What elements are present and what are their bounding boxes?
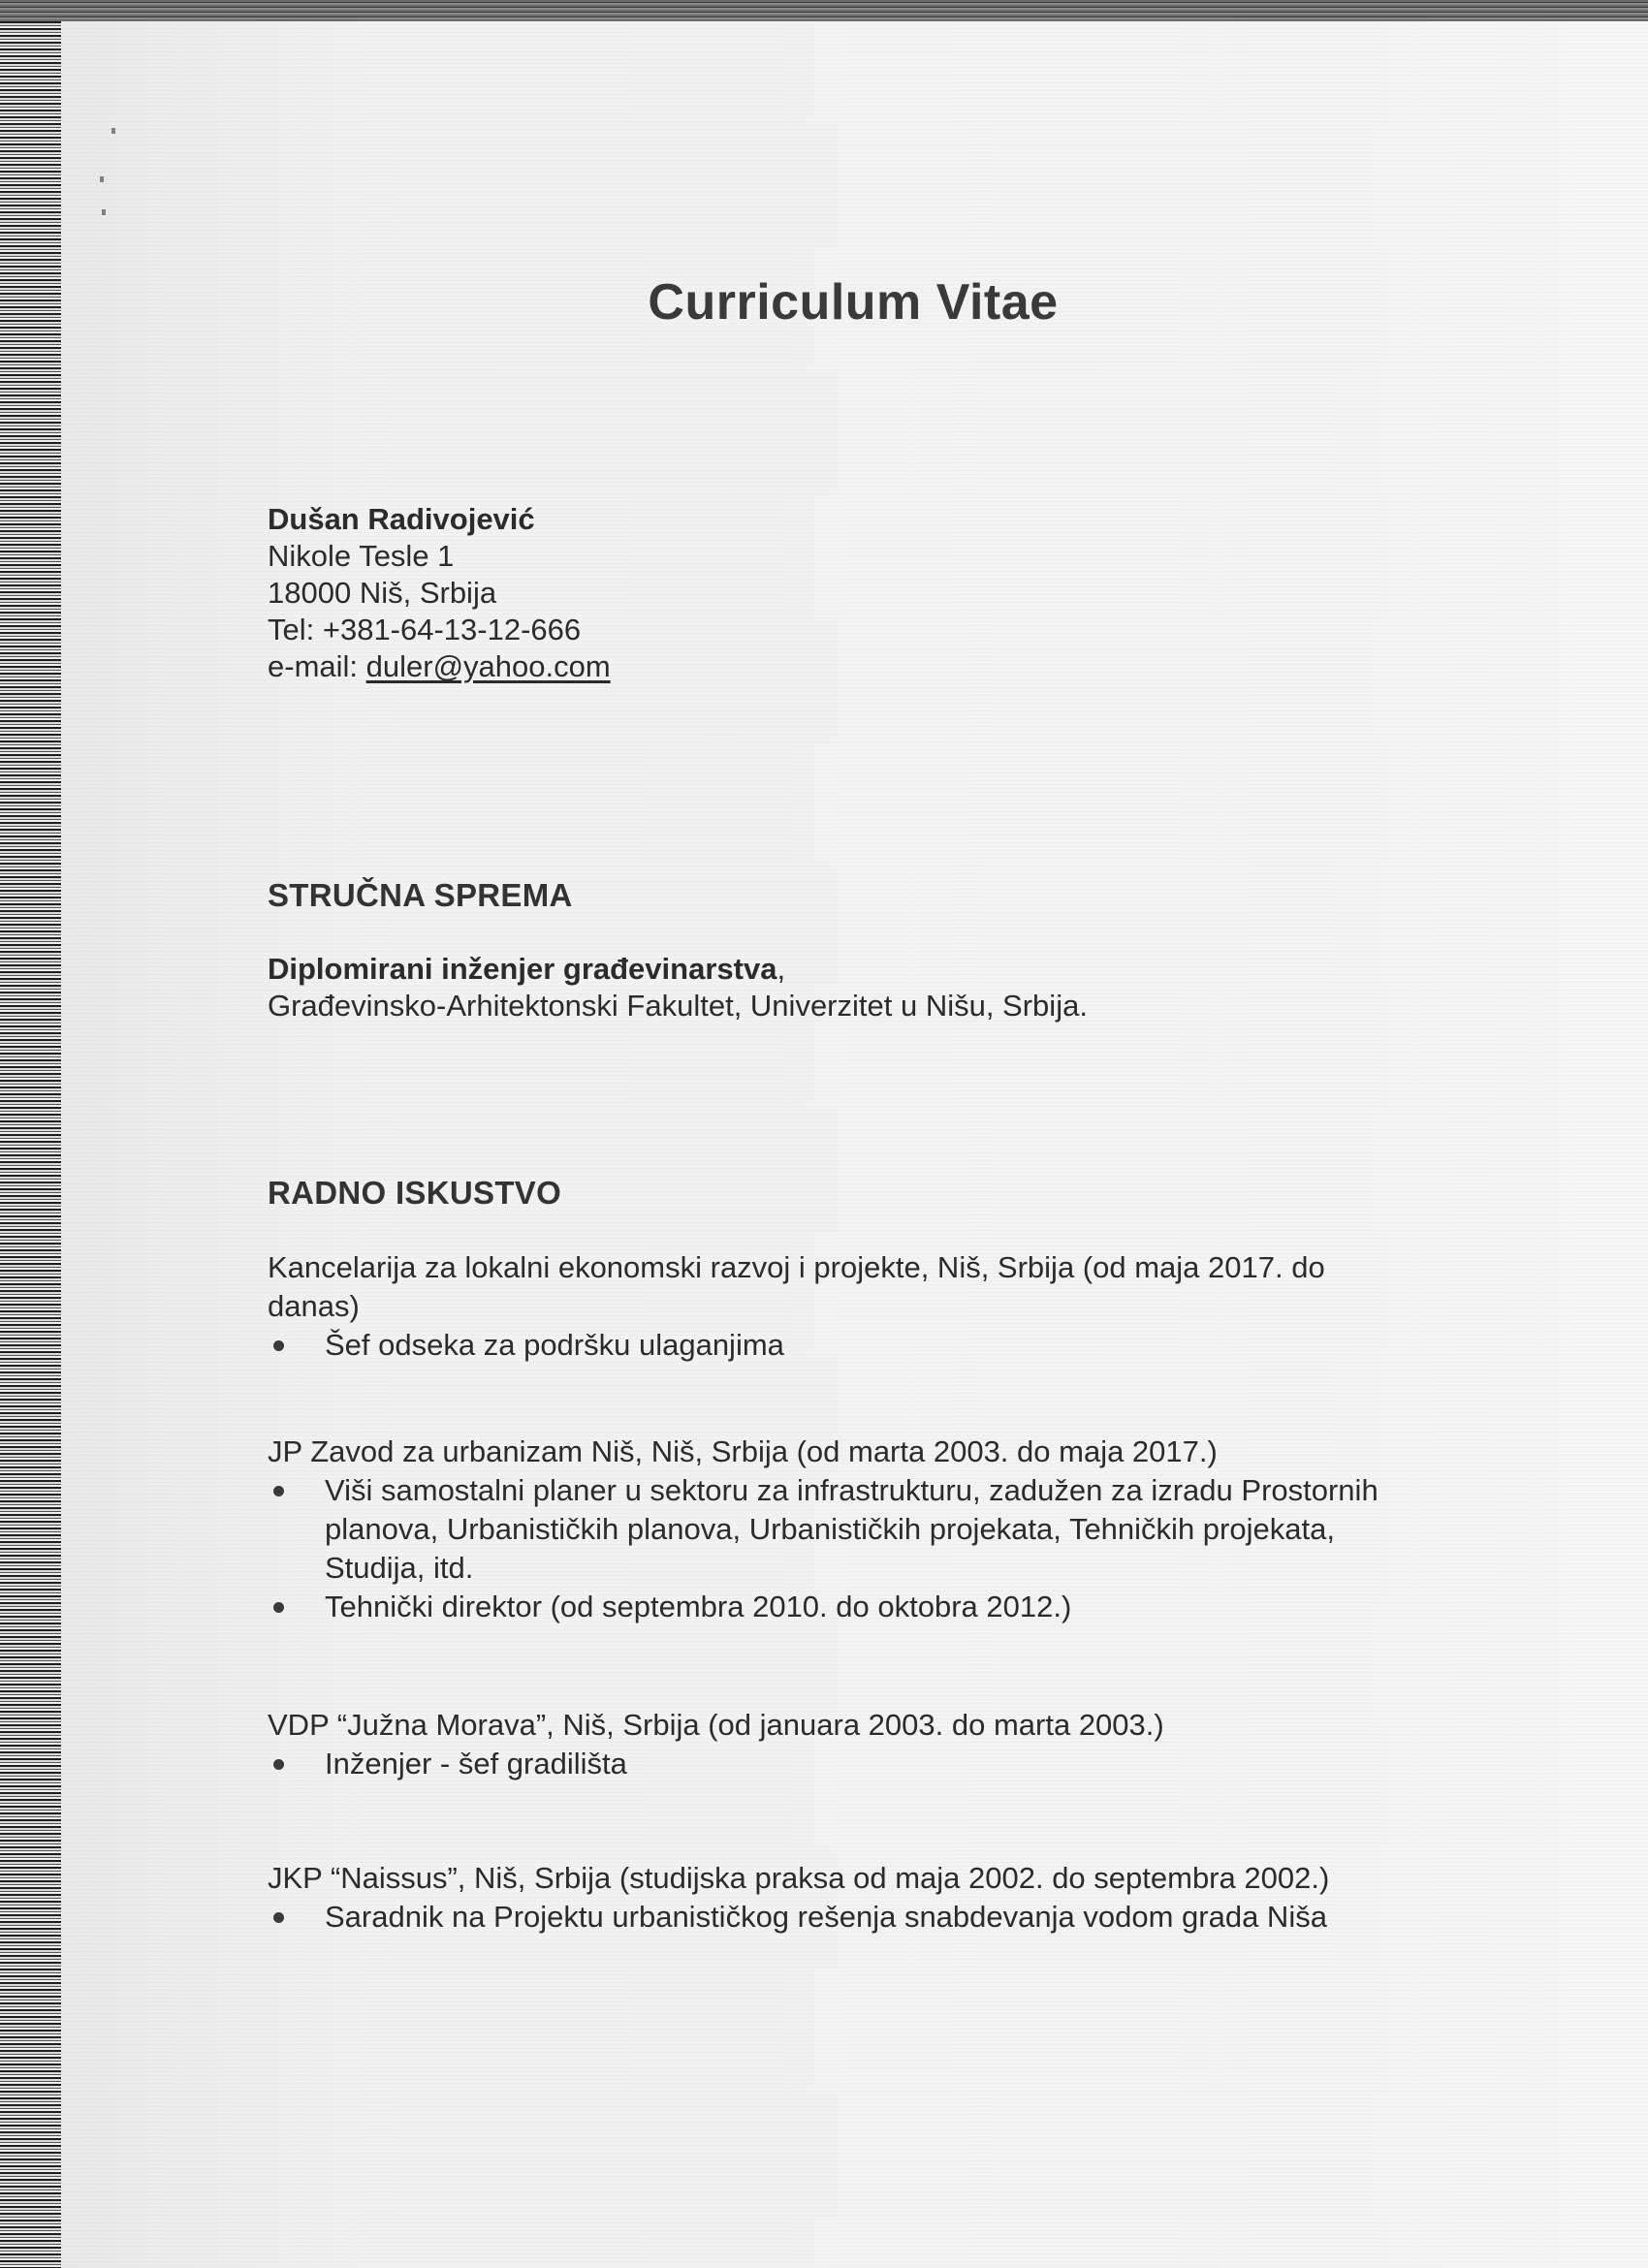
job-duty-text: Šef odseka za podršku ulaganjima: [325, 1326, 1379, 1365]
scanner-edge-top: [0, 0, 1648, 21]
job-employer: VDP “Južna Morava”, Niš, Srbija (od janu…: [268, 1706, 1379, 1745]
job-employer: Kancelarija za lokalni ekonomski razvoj …: [268, 1248, 1379, 1287]
job-employer: JP Zavod za urbanizam Niš, Niš, Srbija (…: [268, 1433, 1379, 1471]
scan-speck: [111, 128, 115, 134]
contact-street: Nikole Tesle 1: [268, 538, 611, 575]
contact-block: Dušan Radivojević Nikole Tesle 1 18000 N…: [268, 501, 611, 685]
contact-email-row: e-mail: duler@yahoo.com: [268, 648, 611, 685]
job-duty: Tehnički direktor (od septembra 2010. do…: [268, 1588, 1379, 1626]
job-employer: JKP “Naissus”, Niš, Srbija (studijska pr…: [268, 1859, 1379, 1898]
job-duty-text: Viši samostalni planer u sektoru za infr…: [325, 1471, 1379, 1510]
job-duty: Viši samostalni planer u sektoru za infr…: [268, 1471, 1379, 1588]
job-duty-text: Inženjer - šef gradilišta: [325, 1745, 1379, 1783]
job-duty-text: Saradnik na Projektu urbanističkog rešen…: [325, 1898, 1379, 1937]
job-duty-text: Studija, itd.: [325, 1549, 1379, 1588]
job-employer: danas): [268, 1287, 1379, 1326]
job-entry: JP Zavod za urbanizam Niš, Niš, Srbija (…: [268, 1433, 1379, 1626]
degree-row: Diplomirani inženjer građevinarstva,: [268, 951, 1088, 988]
education-section: STRUČNA SPREMA Diplomirani inženjer građ…: [268, 877, 1088, 1024]
job-duty-text: Tehnički direktor (od septembra 2010. do…: [325, 1588, 1379, 1626]
experience-heading: RADNO ISKUSTVO: [268, 1175, 1379, 1212]
scan-speck: [102, 209, 106, 215]
contact-phone: Tel: +381-64-13-12-666: [268, 612, 611, 648]
experience-section: RADNO ISKUSTVO Kancelarija za lokalni ek…: [268, 1175, 1379, 1937]
degree-title: Diplomirani inženjer građevinarstva: [268, 952, 776, 986]
job-entry: VDP “Južna Morava”, Niš, Srbija (od janu…: [268, 1706, 1379, 1783]
job-list: Kancelarija za lokalni ekonomski razvoj …: [268, 1248, 1379, 1937]
bullet-icon: [273, 1912, 284, 1923]
email-link[interactable]: duler@yahoo.com: [366, 649, 611, 683]
bullet-icon: [273, 1340, 284, 1351]
job-duty: Inženjer - šef gradilišta: [268, 1745, 1379, 1783]
education-heading: STRUČNA SPREMA: [268, 877, 1088, 914]
institution: Građevinsko-Arhitektonski Fakultet, Univ…: [268, 988, 1088, 1024]
job-entry: JKP “Naissus”, Niš, Srbija (studijska pr…: [268, 1859, 1379, 1937]
job-entry: Kancelarija za lokalni ekonomski razvoj …: [268, 1248, 1379, 1365]
contact-city: 18000 Niš, Srbija: [268, 575, 611, 612]
job-duty: Saradnik na Projektu urbanističkog rešen…: [268, 1898, 1379, 1937]
bullet-icon: [273, 1486, 284, 1496]
scanner-edge-left: [0, 21, 61, 2268]
degree-comma: ,: [776, 952, 785, 986]
scan-speck: [100, 176, 104, 182]
document-title: Curriculum Vitae: [0, 273, 1648, 331]
bullet-icon: [273, 1602, 284, 1613]
email-label: e-mail:: [268, 649, 366, 683]
job-duty-text: planova, Urbanističkih planova, Urbanist…: [325, 1510, 1379, 1549]
job-duty: Šef odseka za podršku ulaganjima: [268, 1326, 1379, 1365]
contact-name: Dušan Radivojević: [268, 501, 611, 538]
bullet-icon: [273, 1759, 284, 1770]
